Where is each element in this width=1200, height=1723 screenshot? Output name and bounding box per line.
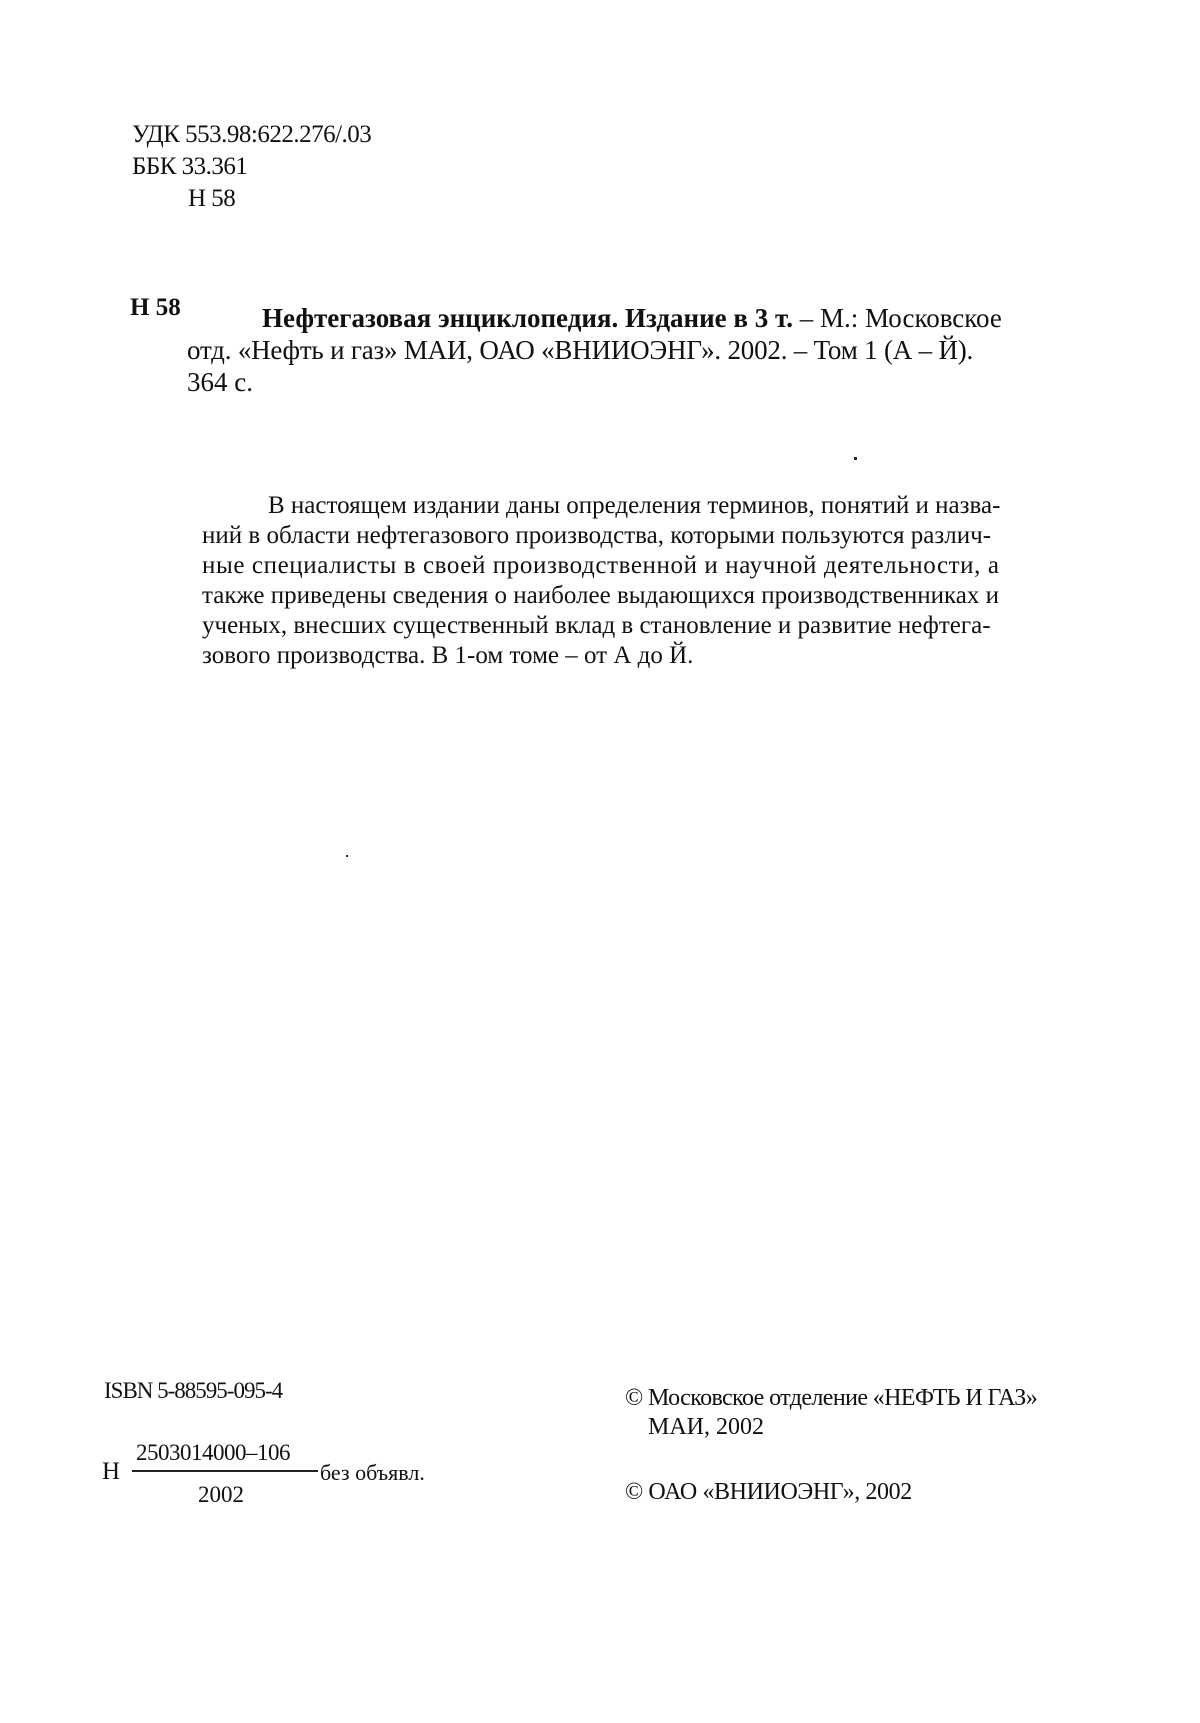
bbk-code: ББК 33.361 bbox=[132, 152, 247, 182]
stray-dot bbox=[854, 457, 857, 460]
abstract-line: также приведены сведения о наиболее выда… bbox=[202, 581, 1130, 610]
isbn: ISBN 5-88595-095-4 bbox=[104, 1378, 282, 1404]
author-mark: Н 58 bbox=[188, 184, 235, 214]
fraction-prefix: Н bbox=[102, 1458, 120, 1486]
abstract-line: ний в области нефтегазового производства… bbox=[202, 521, 1130, 550]
fraction-denominator: 2002 bbox=[198, 1482, 244, 1508]
copyright-line-1-cont: МАИ, 2002 bbox=[648, 1414, 764, 1441]
udk-code: УДК 553.98:622.276/.03 bbox=[132, 120, 371, 150]
entry-publisher-line: отд. «Нефть и газ» МАИ, ОАО «ВНИИОЭНГ». … bbox=[187, 334, 973, 366]
fraction-note: без объявл. bbox=[320, 1460, 425, 1486]
fraction-bar bbox=[132, 1470, 318, 1472]
entry-title-line: Нефтегазовая энциклопедия. Издание в 3 т… bbox=[262, 302, 1002, 334]
copyright-line-1: © Московское отделение «НЕФТЬ И ГАЗ» bbox=[625, 1385, 1037, 1412]
abstract-line: зового производства. В 1-ом томе – от А … bbox=[202, 641, 693, 670]
entry-publisher-start: – М.: Московское bbox=[793, 303, 1002, 333]
fraction-numerator: 2503014000–106 bbox=[136, 1440, 290, 1466]
stray-dot bbox=[346, 855, 348, 857]
entry-pages: 364 с. bbox=[187, 366, 253, 398]
entry-code: Н 58 bbox=[130, 294, 181, 322]
copyright-line-2: © ОАО «ВНИИОЭНГ», 2002 bbox=[625, 1479, 912, 1506]
abstract-line: ные специалисты в своей производственной… bbox=[202, 551, 1130, 580]
abstract-line: ученых, внесших существенный вклад в ста… bbox=[202, 611, 1130, 640]
entry-title: Нефтегазовая энциклопедия. Издание в 3 т… bbox=[262, 303, 793, 333]
abstract-line: В настоящем издании даны определения тер… bbox=[268, 491, 1130, 520]
